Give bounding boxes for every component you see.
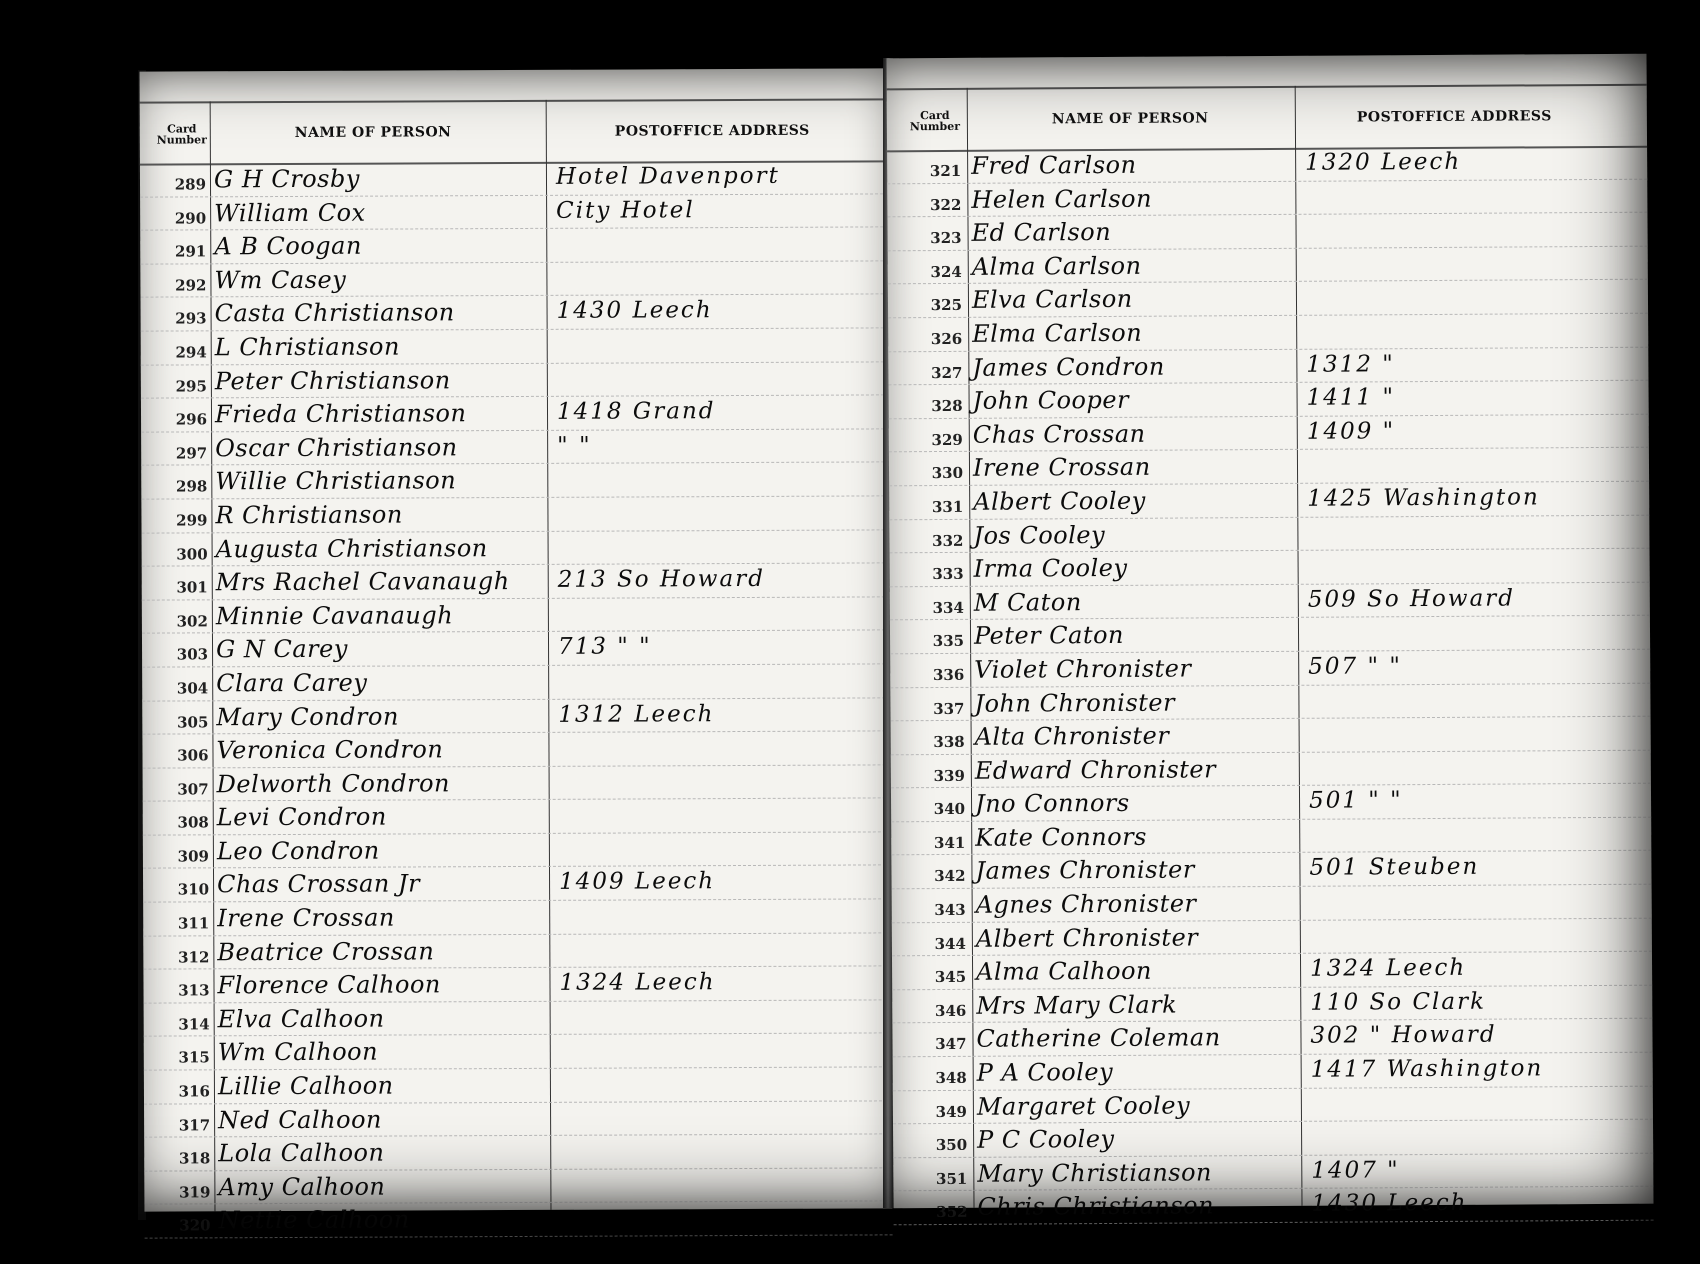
person-name: Fred Carlson — [971, 151, 1137, 180]
card-number: 336 — [908, 666, 964, 684]
card-number: 319 — [154, 1183, 210, 1201]
person-name: Ned Calhoon — [218, 1105, 382, 1134]
ledger-row: 308Levi Condron — [143, 799, 891, 836]
person-name: Violet Chronister — [974, 654, 1191, 683]
card-number: 310 — [153, 881, 209, 899]
name-header: NAME OF PERSON — [295, 124, 452, 141]
entries-list-right: 321Fred Carlson1320 Leech322Helen Carlso… — [887, 146, 1654, 1226]
card-number: 346 — [910, 1002, 966, 1020]
ledger-row: 301Mrs Rachel Cavanaugh213 So Howard — [142, 563, 890, 600]
card-number: 294 — [151, 343, 207, 361]
postoffice-address: 1320 Leech — [1305, 149, 1461, 176]
card-number: 337 — [908, 699, 964, 717]
ledger-row: 315Wm Calhoon — [144, 1034, 892, 1071]
ledger-row: 321Fred Carlson1320 Leech — [887, 146, 1647, 184]
postoffice-address: 1324 Leech — [559, 969, 715, 996]
right-ledger-page: Card Number NAME OF PERSON POSTOFFICE AD… — [886, 54, 1653, 1209]
postoffice-address: 1430 Leech — [1311, 1190, 1467, 1217]
postoffice-address: 501 Steuben — [1309, 854, 1479, 881]
person-name: Edward Chronister — [975, 755, 1216, 784]
ledger-row: 350P C Cooley — [893, 1120, 1653, 1158]
card-number: 302 — [152, 612, 208, 630]
ledger-row: 327James Condron1312 " — [888, 347, 1648, 385]
person-name: Alma Calhoon — [976, 957, 1152, 986]
postoffice-address: 507 " " — [1308, 653, 1402, 680]
ledger-row: 306Veronica Condron — [142, 731, 890, 768]
card-number: 296 — [151, 411, 207, 429]
person-name: Leo Condron — [217, 836, 380, 865]
person-name: James Condron — [972, 352, 1165, 381]
person-name: Augusta Christianson — [216, 534, 488, 563]
ledger-row: 302Minnie Cavanaugh — [142, 597, 890, 634]
postoffice-address: 1418 Grand — [557, 398, 716, 425]
person-name: G N Carey — [216, 635, 348, 664]
postoffice-address: 1417 Washington — [1311, 1055, 1544, 1082]
person-name: Casta Christianson — [215, 299, 455, 328]
ledger-row: 335Peter Caton — [890, 616, 1650, 654]
ledger-row: 310Chas Crossan Jr1409 Leech — [143, 866, 891, 903]
postoffice-address: 1425 Washington — [1307, 484, 1540, 511]
ledger-row: 305Mary Condron1312 Leech — [142, 698, 890, 735]
person-name: Jos Cooley — [973, 521, 1105, 550]
person-name: Mary Christianson — [977, 1158, 1212, 1187]
card-number: 341 — [909, 834, 965, 852]
person-name: Florence Calhoon — [217, 971, 440, 1000]
ledger-row: 290William CoxCity Hotel — [140, 194, 888, 231]
ledger-row: 340Jno Connors501 " " — [891, 784, 1651, 822]
person-name: Mary Condron — [216, 702, 399, 731]
ledger-row: 345Alma Calhoon1324 Leech — [892, 952, 1652, 990]
ledger-row: 296Frieda Christianson1418 Grand — [141, 396, 889, 433]
card-number-header: Card Number — [907, 110, 963, 132]
ledger-row: 334M Caton509 So Howard — [890, 582, 1650, 620]
person-name: Minnie Cavanaugh — [216, 601, 453, 630]
card-number: 324 — [906, 263, 962, 281]
person-name: Helen Carlson — [971, 184, 1152, 213]
card-number: 348 — [911, 1069, 967, 1087]
person-name: Alta Chronister — [975, 722, 1170, 751]
person-name: Wm Casey — [214, 266, 346, 295]
ledger-row: 317Ned Calhoon — [144, 1101, 892, 1138]
name-header: NAME OF PERSON — [1052, 110, 1209, 127]
card-number: 321 — [905, 162, 961, 180]
person-name: Irene Crossan — [217, 904, 395, 933]
postoffice-address: 110 So Clark — [1310, 989, 1486, 1016]
ledger-row: 304Clara Carey — [142, 664, 890, 701]
ledger-row: 331Albert Cooley1425 Washington — [889, 482, 1649, 520]
ledger-row: 313Florence Calhoon1324 Leech — [143, 967, 891, 1004]
card-number: 350 — [911, 1136, 967, 1154]
ledger-row: 329Chas Crossan1409 " — [889, 414, 1649, 452]
person-name: John Cooper — [973, 386, 1130, 415]
column-header-row: Card Number NAME OF PERSON POSTOFFICE AD… — [140, 98, 888, 165]
postoffice-address: 213 So Howard — [558, 566, 765, 593]
card-number: 303 — [152, 646, 208, 664]
card-number: 331 — [907, 498, 963, 516]
ledger-row: 322Helen Carlson — [887, 179, 1647, 217]
ledger-row: 320Nettie Calhoon — [144, 1202, 892, 1239]
column-header-row: Card Number NAME OF PERSON POSTOFFICE AD… — [887, 84, 1647, 153]
card-number: 322 — [905, 195, 961, 213]
postoffice-address: 501 " " — [1309, 787, 1403, 814]
ledger-row: 303G N Carey713 " " — [142, 631, 890, 668]
card-number: 343 — [910, 901, 966, 919]
card-number: 291 — [150, 243, 206, 261]
ledger-row: 324Alma Carlson — [888, 246, 1648, 284]
card-number: 290 — [150, 209, 206, 227]
ledger-row: 338Alta Chronister — [891, 717, 1651, 755]
card-number: 345 — [910, 968, 966, 986]
address-header: POSTOFFICE ADDRESS — [615, 123, 810, 140]
card-number: 313 — [153, 982, 209, 1000]
ledger-row: 318Lola Calhoon — [144, 1135, 892, 1172]
card-number: 338 — [909, 733, 965, 751]
card-number: 339 — [909, 767, 965, 785]
card-number: 352 — [911, 1203, 967, 1221]
card-number: 292 — [150, 276, 206, 294]
postoffice-address: 713 " " — [558, 634, 652, 660]
postoffice-address: " " — [557, 432, 592, 458]
card-number: 299 — [151, 511, 207, 529]
person-name: Peter Christianson — [215, 366, 451, 395]
card-number: 323 — [906, 229, 962, 247]
card-number: 315 — [154, 1049, 210, 1067]
ledger-row: 352Chris Christianson1430 Leech — [893, 1187, 1653, 1225]
card-number: 309 — [153, 847, 209, 865]
ledger-row: 297Oscar Christianson" " — [141, 429, 889, 466]
person-name: Albert Cooley — [973, 487, 1146, 516]
person-name: James Chronister — [975, 856, 1195, 885]
ledger-row: 316Lillie Calhoon — [144, 1067, 892, 1104]
ledger-row: 326Elma Carlson — [888, 314, 1648, 352]
ledger-row: 342James Chronister501 Steuben — [891, 851, 1651, 889]
card-number: 301 — [152, 578, 208, 596]
card-number: 325 — [906, 296, 962, 314]
postoffice-address: 1407 " — [1311, 1157, 1400, 1184]
person-name: A B Coogan — [214, 232, 362, 261]
ledger-row: 309Leo Condron — [143, 832, 891, 869]
ledger-row: 333Irma Cooley — [890, 549, 1650, 587]
person-name: Catherine Coleman — [976, 1024, 1220, 1053]
person-name: Delworth Condron — [217, 769, 450, 798]
person-name: Kate Connors — [975, 823, 1147, 852]
person-name: Wm Calhoon — [218, 1038, 378, 1067]
card-number: 320 — [155, 1217, 211, 1235]
person-name: Frieda Christianson — [215, 399, 467, 428]
card-number: 312 — [153, 948, 209, 966]
address-header: POSTOFFICE ADDRESS — [1357, 108, 1552, 125]
postoffice-address: 1409 Leech — [559, 869, 715, 896]
person-name: Oscar Christianson — [215, 433, 458, 462]
postoffice-address: 1409 " — [1307, 418, 1396, 445]
ledger-row: 291A B Coogan — [140, 228, 888, 265]
postoffice-address: 302 " Howard — [1310, 1022, 1496, 1049]
left-ledger-page: Card Number NAME OF PERSON POSTOFFICE AD… — [140, 68, 893, 1211]
card-number: 328 — [907, 397, 963, 415]
card-number: 311 — [153, 914, 209, 932]
ledger-row: 343Agnes Chronister — [892, 885, 1652, 923]
ledger-row: 307Delworth Condron — [143, 765, 891, 802]
ledger-row: 312Beatrice Crossan — [143, 933, 891, 970]
card-number: 307 — [153, 780, 209, 798]
ledger-row: 323Ed Carlson — [887, 213, 1647, 251]
ledger-row: 300Augusta Christianson — [142, 530, 890, 567]
person-name: Lillie Calhoon — [218, 1072, 394, 1101]
card-number: 344 — [910, 935, 966, 953]
person-name: Elva Calhoon — [218, 1004, 385, 1033]
card-number: 330 — [907, 464, 963, 482]
card-number: 308 — [153, 814, 209, 832]
person-name: Beatrice Crossan — [217, 937, 434, 966]
card-number: 351 — [911, 1170, 967, 1188]
ledger-row: 346Mrs Mary Clark110 So Clark — [892, 986, 1652, 1024]
person-name: Albert Chronister — [976, 923, 1199, 952]
ledger-row: 295Peter Christianson — [141, 362, 889, 399]
ledger-row: 294L Christianson — [141, 328, 889, 365]
postoffice-address: 1312 Leech — [558, 701, 714, 728]
postoffice-address: 1324 Leech — [1310, 955, 1466, 982]
person-name: Irma Cooley — [974, 554, 1128, 583]
ledger-row: 348P A Cooley1417 Washington — [893, 1053, 1653, 1091]
card-number-header: Card Number — [154, 123, 210, 145]
ledger-row: 325Elva Carlson — [888, 280, 1648, 318]
card-number: 318 — [154, 1150, 210, 1168]
ledger-row: 330Irene Crossan — [889, 448, 1649, 486]
person-name: G H Crosby — [214, 165, 360, 194]
card-number: 333 — [908, 565, 964, 583]
person-name: Agnes Chronister — [976, 890, 1197, 919]
card-number: 335 — [908, 632, 964, 650]
card-number: 340 — [909, 800, 965, 818]
ledger-row: 349Margaret Cooley — [893, 1086, 1653, 1124]
person-name: Ed Carlson — [971, 218, 1111, 247]
card-number: 298 — [151, 478, 207, 496]
card-number: 327 — [906, 363, 962, 381]
ledger-row: 299R Christianson — [141, 496, 889, 533]
ledger-row: 328John Cooper1411 " — [888, 381, 1648, 419]
person-name: Levi Condron — [217, 803, 387, 832]
ledger-row: 347Catherine Coleman302 " Howard — [892, 1019, 1652, 1057]
postoffice-address: Hotel Davenport — [556, 163, 780, 190]
person-name: Margaret Cooley — [977, 1091, 1190, 1120]
card-number: 347 — [910, 1035, 966, 1053]
ledger-row: 336Violet Chronister507 " " — [890, 650, 1650, 688]
person-name: John Chronister — [974, 688, 1175, 717]
entries-list-left: 289G H CrosbyHotel Davenport290William C… — [140, 160, 893, 1238]
person-name: Elva Carlson — [972, 285, 1133, 314]
postoffice-address: 1312 " — [1306, 351, 1395, 378]
card-number: 334 — [908, 599, 964, 617]
card-number: 304 — [152, 679, 208, 697]
card-number: 332 — [907, 531, 963, 549]
ledger-row: 344Albert Chronister — [892, 918, 1652, 956]
card-number: 300 — [152, 545, 208, 563]
card-number: 342 — [909, 867, 965, 885]
person-name: L Christianson — [215, 332, 400, 361]
card-number: 297 — [151, 444, 207, 462]
card-number: 289 — [150, 175, 206, 193]
ledger-row: 332Jos Cooley — [889, 515, 1649, 553]
person-name: Amy Calhoon — [218, 1172, 385, 1201]
card-number: 326 — [906, 330, 962, 348]
person-name: Veronica Condron — [216, 735, 443, 764]
postoffice-address: City Hotel — [556, 197, 695, 224]
card-number: 329 — [907, 431, 963, 449]
card-number: 295 — [151, 377, 207, 395]
person-name: Chas Crossan — [973, 420, 1146, 449]
person-name: Mrs Rachel Cavanaugh — [216, 567, 510, 596]
person-name: Clara Carey — [216, 669, 367, 698]
person-name: M Caton — [974, 588, 1082, 617]
person-name: Peter Caton — [974, 621, 1124, 650]
card-number: 306 — [152, 746, 208, 764]
person-name: William Cox — [214, 198, 366, 227]
person-name: Willie Christianson — [215, 467, 456, 496]
ledger-row: 311Irene Crossan — [143, 899, 891, 936]
person-name: Alma Carlson — [972, 252, 1142, 281]
postoffice-address: 1411 " — [1306, 384, 1395, 411]
card-number: 293 — [151, 310, 207, 328]
ledger-row: 339Edward Chronister — [891, 750, 1651, 788]
person-name: Nettie Calhoon — [218, 1206, 409, 1235]
person-name: Chris Christianson — [977, 1192, 1214, 1221]
postoffice-address: 509 So Howard — [1308, 585, 1515, 612]
ledger-row: 337John Chronister — [890, 683, 1650, 721]
ledger-row: 298Willie Christianson — [141, 463, 889, 500]
card-number: 305 — [152, 713, 208, 731]
ledger-row: 351Mary Christianson1407 " — [893, 1153, 1653, 1191]
ledger-row: 293Casta Christianson1430 Leech — [141, 295, 889, 332]
ledger-row: 341Kate Connors — [891, 818, 1651, 856]
person-name: P C Cooley — [977, 1125, 1115, 1154]
card-number: 314 — [154, 1015, 210, 1033]
person-name: Mrs Mary Clark — [976, 990, 1177, 1019]
person-name: P A Cooley — [977, 1058, 1114, 1087]
ledger-row: 289G H CrosbyHotel Davenport — [140, 160, 888, 197]
ledger-row: 292Wm Casey — [140, 261, 888, 298]
person-name: Lola Calhoon — [218, 1139, 384, 1168]
postoffice-address: 1430 Leech — [557, 298, 713, 325]
ledger-row: 319Amy Calhoon — [144, 1168, 892, 1205]
card-number: 317 — [154, 1116, 210, 1134]
card-number: 349 — [911, 1102, 967, 1120]
person-name: Jno Connors — [975, 789, 1130, 818]
card-number: 316 — [154, 1082, 210, 1100]
person-name: R Christianson — [215, 500, 402, 529]
person-name: Irene Crossan — [973, 453, 1151, 482]
person-name: Elma Carlson — [972, 319, 1142, 348]
ledger-row: 314Elva Calhoon — [144, 1000, 892, 1037]
person-name: Chas Crossan Jr — [217, 870, 420, 899]
